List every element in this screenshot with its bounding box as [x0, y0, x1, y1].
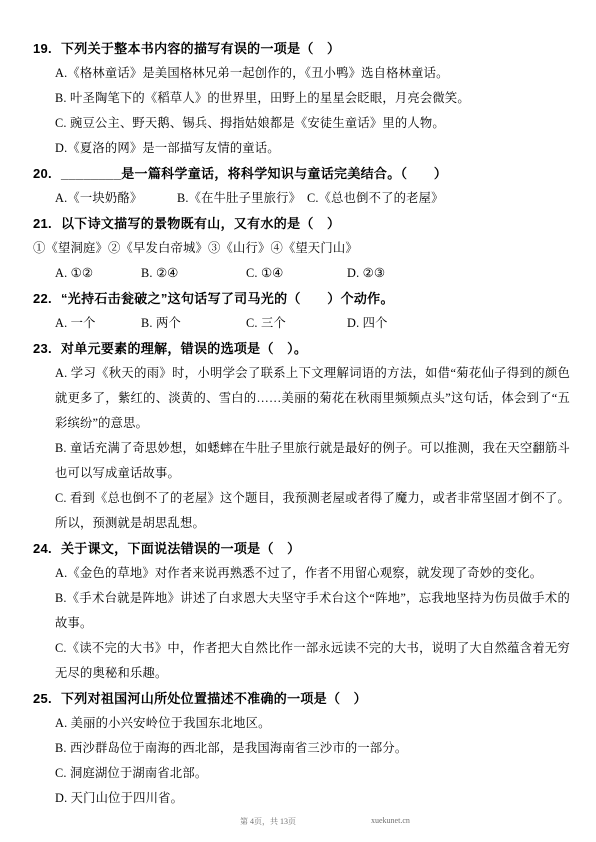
- page-footer: 第 4页，共 13页 xuekunet.cn: [0, 816, 596, 830]
- question-25-option-b: B. 西沙群岛位于南海的西北部，是我国海南省三沙市的一部分。: [55, 736, 570, 761]
- question-21-poem-list: ①《望洞庭》②《早发白帝城》③《山行》④《望天门山》: [33, 236, 570, 261]
- question-23: 23.对单元要素的理解，错误的选项是（ ）。 A. 学习《秋天的雨》时，小明学会…: [33, 336, 570, 536]
- question-24-number: 24.: [33, 536, 52, 561]
- question-21-option-d: D. ②③: [347, 261, 385, 286]
- question-21: 21.以下诗文描写的景物既有山，又有水的是（ ） ①《望洞庭》②《早发白帝城》③…: [33, 211, 570, 286]
- question-23-text: 对单元要素的理解，错误的选项是（ ）。: [61, 341, 307, 356]
- question-25-option-c: C. 洞庭湖位于湖南省北部。: [55, 761, 570, 786]
- question-22-option-d: D. 四个: [347, 311, 388, 336]
- question-20-option-c: C.《总也倒不了的老屋》: [307, 186, 444, 211]
- question-24-options: A.《金色的草地》对作者来说再熟悉不过了，作者不用留心观察，就发现了奇妙的变化。…: [55, 561, 570, 686]
- question-21-number: 21.: [33, 211, 52, 236]
- question-23-number: 23.: [33, 336, 52, 361]
- question-24-text: 关于课文，下面说法错误的一项是（ ）: [61, 541, 300, 556]
- question-19-option-a: A.《格林童话》是美国格林兄弟一起创作的，《丑小鸭》选自格林童话。: [55, 61, 570, 86]
- question-24-option-c: C.《读不完的大书》中，作者把大自然比作一部永远读不完的大书，说明了大自然蕴含着…: [55, 636, 570, 686]
- question-25-options: A. 美丽的小兴安岭位于我国东北地区。 B. 西沙群岛位于南海的西北部，是我国海…: [55, 711, 570, 811]
- question-25: 25.下列对祖国河山所处位置描述不准确的一项是（ ） A. 美丽的小兴安岭位于我…: [33, 686, 570, 811]
- question-20-option-b: B.《在牛肚子里旅行》: [177, 186, 307, 211]
- question-19-stem: 19.下列关于整本书内容的描写有误的一项是（ ）: [33, 36, 570, 61]
- question-20-stem: 20.________是一篇科学童话，将科学知识与童话完美结合。（ ）: [33, 161, 570, 186]
- question-19-number: 19.: [33, 36, 52, 61]
- question-19-option-b: B. 叶圣陶笔下的《稻草人》的世界里，田野上的星星会眨眼，月亮会微笑。: [55, 86, 570, 111]
- question-22-stem: 22.“光持石击瓮破之”这句话写了司马光的（ ）个动作。: [33, 286, 570, 311]
- question-24-stem: 24.关于课文，下面说法错误的一项是（ ）: [33, 536, 570, 561]
- question-25-option-d: D. 天门山位于四川省。: [55, 786, 570, 811]
- question-21-text: 以下诗文描写的景物既有山，又有水的是（ ）: [61, 216, 340, 231]
- question-23-options: A. 学习《秋天的雨》时，小明学会了联系上下文理解词语的方法，如借“菊花仙子得到…: [55, 361, 570, 536]
- question-24-option-a: A.《金色的草地》对作者来说再熟悉不过了，作者不用留心观察，就发现了奇妙的变化。: [55, 561, 570, 586]
- question-22: 22.“光持石击瓮破之”这句话写了司马光的（ ）个动作。 A. 一个 B. 两个…: [33, 286, 570, 336]
- question-20: 20.________是一篇科学童话，将科学知识与童话完美结合。（ ） A.《一…: [33, 161, 570, 211]
- question-19-options: A.《格林童话》是美国格林兄弟一起创作的，《丑小鸭》选自格林童话。 B. 叶圣陶…: [55, 61, 570, 161]
- question-22-option-c: C. 三个: [246, 311, 347, 336]
- question-19-text: 下列关于整本书内容的描写有误的一项是（ ）: [61, 41, 340, 56]
- question-21-option-c: C. ①④: [246, 261, 347, 286]
- question-20-text: ________是一篇科学童话，将科学知识与童话完美结合。（ ）: [61, 166, 447, 181]
- question-19-option-d: D.《夏洛的网》是一部描写友情的童话。: [55, 136, 570, 161]
- question-24-option-b: B.《手术台就是阵地》讲述了白求恩大夫坚守手术台这个“阵地”，忘我地坚持为伤员做…: [55, 586, 570, 636]
- question-22-number: 22.: [33, 286, 52, 311]
- question-21-option-b: B. ②④: [141, 261, 246, 286]
- question-25-text: 下列对祖国河山所处位置描述不准确的一项是（ ）: [61, 691, 367, 706]
- question-20-options: A.《一块奶酪》 B.《在牛肚子里旅行》 C.《总也倒不了的老屋》: [55, 186, 570, 211]
- question-22-option-b: B. 两个: [141, 311, 246, 336]
- question-21-stem: 21.以下诗文描写的景物既有山，又有水的是（ ）: [33, 211, 570, 236]
- page-number-indicator: 第 4页，共 13页: [240, 816, 296, 827]
- question-25-number: 25.: [33, 686, 52, 711]
- question-23-stem: 23.对单元要素的理解，错误的选项是（ ）。: [33, 336, 570, 361]
- question-19: 19.下列关于整本书内容的描写有误的一项是（ ） A.《格林童话》是美国格林兄弟…: [33, 36, 570, 161]
- question-20-option-a: A.《一块奶酪》: [55, 186, 177, 211]
- question-21-option-a: A. ①②: [55, 261, 141, 286]
- question-list: 19.下列关于整本书内容的描写有误的一项是（ ） A.《格林童话》是美国格林兄弟…: [33, 36, 570, 811]
- question-22-text: “光持石击瓮破之”这句话写了司马光的（ ）个动作。: [61, 291, 394, 306]
- question-23-option-a: A. 学习《秋天的雨》时，小明学会了联系上下文理解词语的方法，如借“菊花仙子得到…: [55, 361, 570, 436]
- question-22-option-a: A. 一个: [55, 311, 141, 336]
- question-23-option-b: B. 童话充满了奇思妙想，如蟋蟀在牛肚子里旅行就是最好的例子。可以推测，我在天空…: [55, 436, 570, 486]
- question-22-options: A. 一个 B. 两个 C. 三个 D. 四个: [55, 311, 570, 336]
- question-25-option-a: A. 美丽的小兴安岭位于我国东北地区。: [55, 711, 570, 736]
- question-24: 24.关于课文，下面说法错误的一项是（ ） A.《金色的草地》对作者来说再熟悉不…: [33, 536, 570, 686]
- question-19-option-c: C. 豌豆公主、野天鹅、锡兵、拇指姑娘都是《安徒生童话》里的人物。: [55, 111, 570, 136]
- exam-page: 19.下列关于整本书内容的描写有误的一项是（ ） A.《格林童话》是美国格林兄弟…: [0, 0, 596, 842]
- question-25-stem: 25.下列对祖国河山所处位置描述不准确的一项是（ ）: [33, 686, 570, 711]
- question-23-option-c: C. 看到《总也倒不了的老屋》这个题目，我预测老屋或者得了魔力，或者非常坚固才倒…: [55, 486, 570, 536]
- site-watermark: xuekunet.cn: [371, 816, 410, 825]
- question-20-number: 20.: [33, 161, 52, 186]
- question-21-options: A. ①② B. ②④ C. ①④ D. ②③: [55, 261, 570, 286]
